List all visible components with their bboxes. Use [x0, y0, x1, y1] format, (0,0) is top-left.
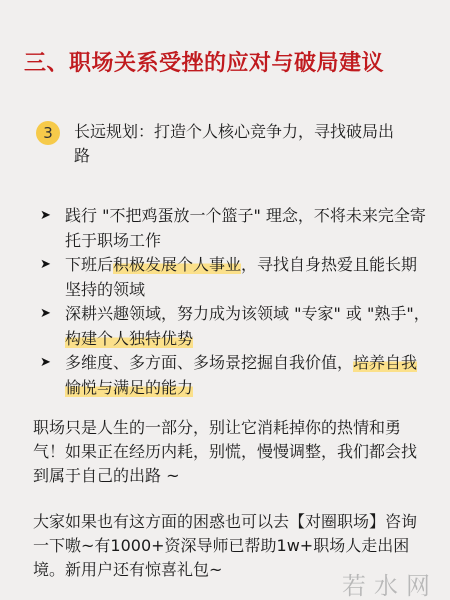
highlighted-text: 构建个人独特优势 [65, 329, 193, 348]
bullet-item: ➤ 下班后积极发展个人事业，寻找自身热爱且能长期坚持的领域 [40, 253, 430, 302]
step-title: 长远规划：打造个人核心竞争力，寻找破局出路 [74, 120, 394, 168]
step-number-badge: 3 [36, 121, 60, 145]
bullet-item: ➤ 深耕兴趣领域，努力成为该领域 "专家" 或 "熟手"，构建个人独特优势 [40, 302, 430, 351]
closing-paragraph: 职场只是人生的一部分，别让它消耗掉你的热情和勇气！如果正在经历内耗，别慌，慢慢调… [33, 416, 423, 488]
bullet-list: ➤ 践行 "不把鸡蛋放一个篮子" 理念，不将未来完全寄托于职场工作 ➤ 下班后积… [40, 204, 430, 400]
bullet-item: ➤ 践行 "不把鸡蛋放一个篮子" 理念，不将未来完全寄托于职场工作 [40, 204, 430, 253]
arrowhead-bullet-icon: ➤ [40, 204, 51, 229]
arrowhead-bullet-icon: ➤ [40, 351, 51, 376]
page-title: 三、职场关系受挫的应对与破局建议 [24, 46, 384, 77]
watermark: 若水网 [342, 566, 438, 600]
highlighted-text: 积极发展个人事业 [113, 255, 241, 274]
bullet-item: ➤ 多维度、多方面、多场景挖掘自我价值，培养自我愉悦与满足的能力 [40, 351, 430, 400]
arrowhead-bullet-icon: ➤ [40, 253, 51, 278]
arrowhead-bullet-icon: ➤ [40, 302, 51, 327]
